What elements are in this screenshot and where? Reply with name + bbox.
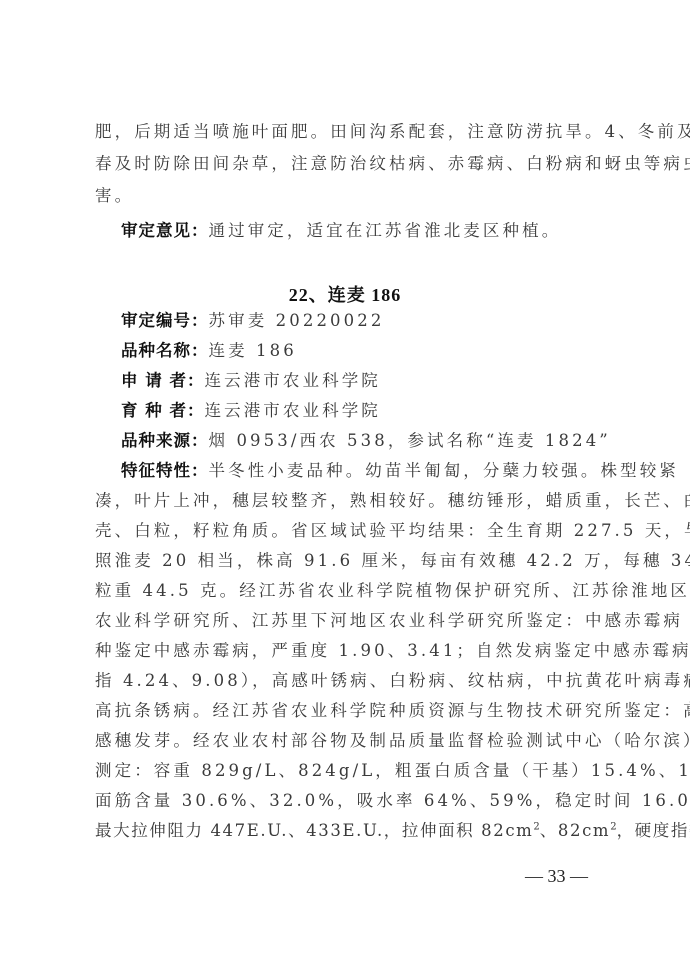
field-breeder: 育 种 者：连云港市农业科学院	[121, 400, 597, 422]
field-label: 品种来源：	[121, 431, 209, 450]
text-segment: ，硬度指数 62.7、	[617, 821, 690, 840]
field-label: 审定编号：	[121, 311, 209, 330]
entry-heading: 22、连麦 186	[0, 281, 690, 307]
document-page: 肥，后期适当喷施叶面肥。田间沟系配套，注意防涝抗旱。4、冬前及早 春及时防除田间…	[0, 0, 690, 975]
characteristics-text: 半冬性小麦品种。幼苗半匍匐，分蘖力较强。株型较紧	[209, 461, 679, 480]
field-value: 苏审麦 20220022	[209, 311, 385, 330]
body-text-line: 肥，后期适当喷施叶面肥。田间沟系配套，注意防涝抗旱。4、冬前及早	[95, 121, 597, 143]
field-approval-number: 审定编号：苏审麦 20220022	[121, 310, 597, 332]
field-value: 烟 0953/西农 538，参试名称“连麦 1824”	[209, 431, 611, 450]
body-text-line: 测定：容重 829g/L、824g/L，粗蛋白质含量（干基）15.4%、15.6…	[95, 760, 597, 782]
text-segment: 最大拉伸阻力 447E.U.、433E.U.，拉伸面积 82cm	[95, 821, 533, 840]
characteristics-first-line: 特征特性：半冬性小麦品种。幼苗半匍匐，分蘖力较强。株型较紧	[121, 460, 597, 482]
body-text-line: 照淮麦 20 相当，株高 91.6 厘米，每亩有效穗 42.2 万，每穗 34.…	[95, 550, 597, 572]
opinion-text: 通过审定，适宜在江苏省淮北麦区种植。	[209, 221, 562, 240]
body-text-line: 高抗条锈病。经江苏省农业科学院种质资源与生物技术研究所鉴定：高	[95, 700, 597, 722]
field-label: 品种名称：	[121, 341, 209, 360]
body-text-line: 感穗发芽。经农业农村部谷物及制品质量监督检验测试中心（哈尔滨）	[95, 730, 597, 752]
opinion-paragraph: 审定意见：通过审定，适宜在江苏省淮北麦区种植。	[121, 220, 597, 242]
body-text-line: 凑，叶片上冲，穗层较整齐，熟相较好。穗纺锤形，蜡质重，长芒、白	[95, 490, 597, 512]
field-label: 申 请 者：	[121, 371, 205, 390]
field-label: 育 种 者：	[121, 401, 205, 420]
body-text-line: 春及时防除田间杂草，注意防治纹枯病、赤霉病、白粉病和蚜虫等病虫	[95, 153, 597, 175]
page-number: — 33 —	[525, 866, 588, 887]
text-segment: 、82cm	[540, 821, 610, 840]
body-text-line: 壳、白粒，籽粒角质。省区域试验平均结果：全生育期 227.5 天，与对	[95, 520, 597, 542]
body-text-line-last: 最大拉伸阻力 447E.U.、433E.U.，拉伸面积 82cm2、82cm2，…	[95, 820, 597, 842]
field-applicant: 申 请 者：连云港市农业科学院	[121, 370, 597, 392]
opinion-label: 审定意见：	[121, 221, 209, 240]
body-text-line: 面筋含量 30.6%、32.0%，吸水率 64%、59%，稳定时间 16.0mi…	[95, 790, 597, 812]
field-value: 连云港市农业科学院	[205, 371, 381, 390]
characteristics-label: 特征特性：	[121, 461, 209, 480]
body-text-line: 种鉴定中感赤霉病，严重度 1.90、3.41；自然发病鉴定中感赤霉病，病	[95, 640, 597, 662]
body-text-line: 粒重 44.5 克。经江苏省农业科学院植物保护研究所、江苏徐淮地区徐州	[95, 580, 597, 602]
body-text-line: 指 4.24、9.08），高感叶锈病、白粉病、纹枯病，中抗黄花叶病毒病，	[95, 670, 597, 692]
body-text-line: 害。	[95, 185, 597, 207]
field-value: 连云港市农业科学院	[205, 401, 381, 420]
field-variety-name: 品种名称：连麦 186	[121, 340, 597, 362]
field-value: 连麦 186	[209, 341, 297, 360]
field-variety-source: 品种来源：烟 0953/西农 538，参试名称“连麦 1824”	[121, 430, 597, 452]
body-text-line: 农业科学研究所、江苏里下河地区农业科学研究所鉴定：中感赤霉病（接	[95, 610, 597, 632]
